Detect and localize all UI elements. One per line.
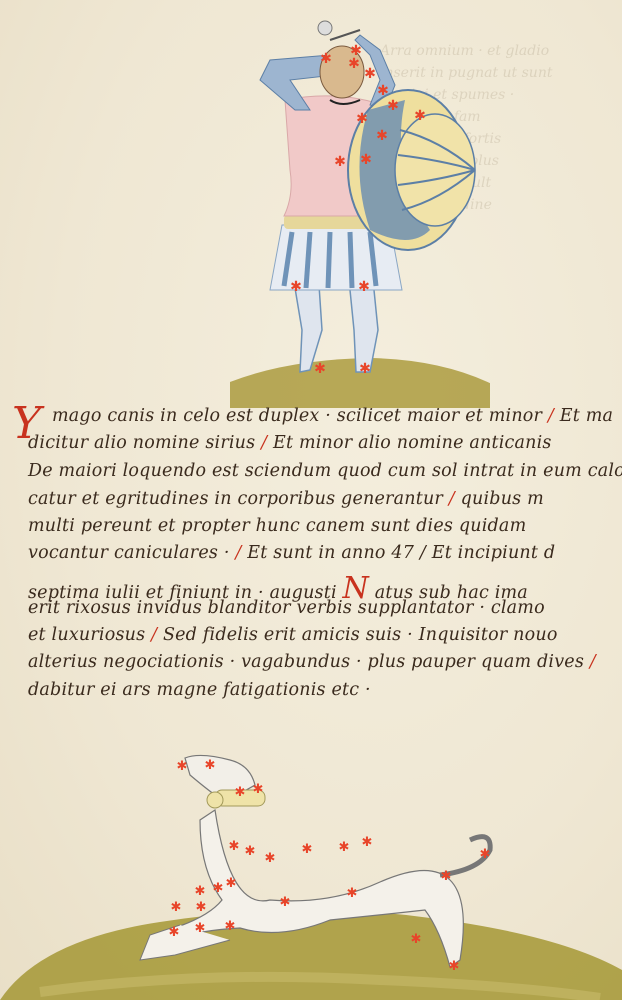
rubric-mark: /	[590, 652, 596, 672]
parchment-page: Arra omnium · et gladio inserit in pugna…	[0, 0, 622, 1000]
rubric-mark: /	[261, 433, 267, 453]
svg-text:✱: ✱	[169, 925, 180, 940]
svg-text:✱: ✱	[229, 839, 240, 854]
svg-text:✱: ✱	[280, 895, 291, 910]
svg-text:✱: ✱	[195, 884, 206, 899]
svg-text:✱: ✱	[302, 842, 313, 857]
svg-text:✱: ✱	[205, 758, 216, 773]
svg-text:✱: ✱	[225, 919, 236, 934]
svg-text:✱: ✱	[359, 361, 371, 377]
text-segment: Et sunt in anno 47 / Et incipiunt d	[247, 543, 555, 563]
svg-text:✱: ✱	[195, 921, 206, 936]
svg-text:✱: ✱	[411, 932, 422, 947]
svg-text:✱: ✱	[377, 83, 389, 99]
text-segment: catur et egritudines in corporibus gener…	[28, 489, 443, 509]
rubric-mark: /	[151, 625, 157, 645]
text-segment: multi pereunt et propter hunc canem sunt…	[28, 516, 526, 536]
text-line-10: alterius negociationis · vagabundus · pl…	[28, 652, 596, 672]
svg-text:✱: ✱	[339, 840, 350, 855]
svg-text:✱: ✱	[265, 851, 276, 866]
text-segment: quibus m	[461, 489, 544, 509]
text-line-1: mago canis in celo est duplex · scilicet…	[52, 406, 613, 426]
svg-text:✱: ✱	[480, 847, 491, 862]
text-segment: dabitur ei ars magne fatigationis etc ·	[28, 680, 371, 700]
svg-text:✱: ✱	[213, 881, 224, 896]
text-segment: alterius negociationis · vagabundus · pl…	[28, 652, 584, 672]
svg-text:✱: ✱	[441, 869, 452, 884]
text-segment: erit rixosus invidus blanditor verbis su…	[28, 598, 545, 618]
text-line-11: dabitur ei ars magne fatigationis etc ·	[28, 680, 371, 700]
svg-text:✱: ✱	[414, 108, 426, 124]
text-line-3: De maiori loquendo est sciendum quod cum…	[28, 461, 622, 481]
text-line-5: multi pereunt et propter hunc canem sunt…	[28, 516, 526, 536]
svg-text:✱: ✱	[449, 959, 460, 974]
svg-text:✱: ✱	[171, 900, 182, 915]
svg-text:✱: ✱	[362, 835, 373, 850]
svg-text:✱: ✱	[347, 886, 358, 901]
rubric-mark: /	[235, 543, 241, 563]
text-segment: mago canis in celo est duplex · scilicet…	[52, 406, 542, 426]
svg-text:✱: ✱	[356, 111, 368, 127]
text-segment: et luxuriosus	[28, 625, 145, 645]
svg-text:✱: ✱	[334, 154, 346, 170]
svg-text:✱: ✱	[235, 785, 246, 800]
svg-text:✱: ✱	[177, 759, 188, 774]
dog-figure: ✱✱✱ ✱✱✱ ✱✱✱ ✱✱✱ ✱✱✱ ✱✱✱ ✱✱✱ ✱✱✱	[0, 730, 622, 1000]
text-segment: Et minor alio nomine anticanis	[273, 433, 552, 453]
text-line-2: dicitur alio nomine sirius / Et minor al…	[28, 433, 552, 453]
svg-text:✱: ✱	[290, 279, 302, 295]
svg-text:✱: ✱	[245, 844, 256, 859]
text-segment: Et ma	[560, 406, 613, 426]
text-segment: dicitur alio nomine sirius	[28, 433, 255, 453]
svg-text:✱: ✱	[314, 361, 326, 377]
text-segment: vocantur caniculares ·	[28, 543, 230, 563]
text-line-9: et luxuriosus / Sed fidelis erit amicis …	[28, 625, 558, 645]
svg-text:✱: ✱	[360, 152, 372, 168]
text-line-4: catur et egritudines in corporibus gener…	[28, 489, 544, 509]
svg-text:✱: ✱	[196, 900, 207, 915]
svg-text:✱: ✱	[348, 56, 360, 72]
svg-text:✱: ✱	[320, 51, 332, 67]
svg-text:✱: ✱	[387, 98, 399, 114]
text-segment: De maiori loquendo est sciendum quod cum…	[28, 461, 622, 481]
warrior-figure: ✱✱✱ ✱✱✱ ✱✱✱ ✱✱ ✱✱ ✱✱	[230, 0, 490, 410]
text-line-8: erit rixosus invidus blanditor verbis su…	[28, 598, 545, 618]
svg-text:✱: ✱	[364, 66, 376, 82]
svg-text:✱: ✱	[226, 876, 237, 891]
text-segment: Sed fidelis erit amicis suis · Inquisito…	[163, 625, 558, 645]
svg-text:✱: ✱	[253, 782, 264, 797]
svg-text:✱: ✱	[358, 279, 370, 295]
text-line-6: vocantur caniculares · / Et sunt in anno…	[28, 543, 555, 563]
rubric-mark: /	[548, 406, 554, 426]
rubric-mark: /	[449, 489, 455, 509]
svg-text:✱: ✱	[376, 128, 388, 144]
